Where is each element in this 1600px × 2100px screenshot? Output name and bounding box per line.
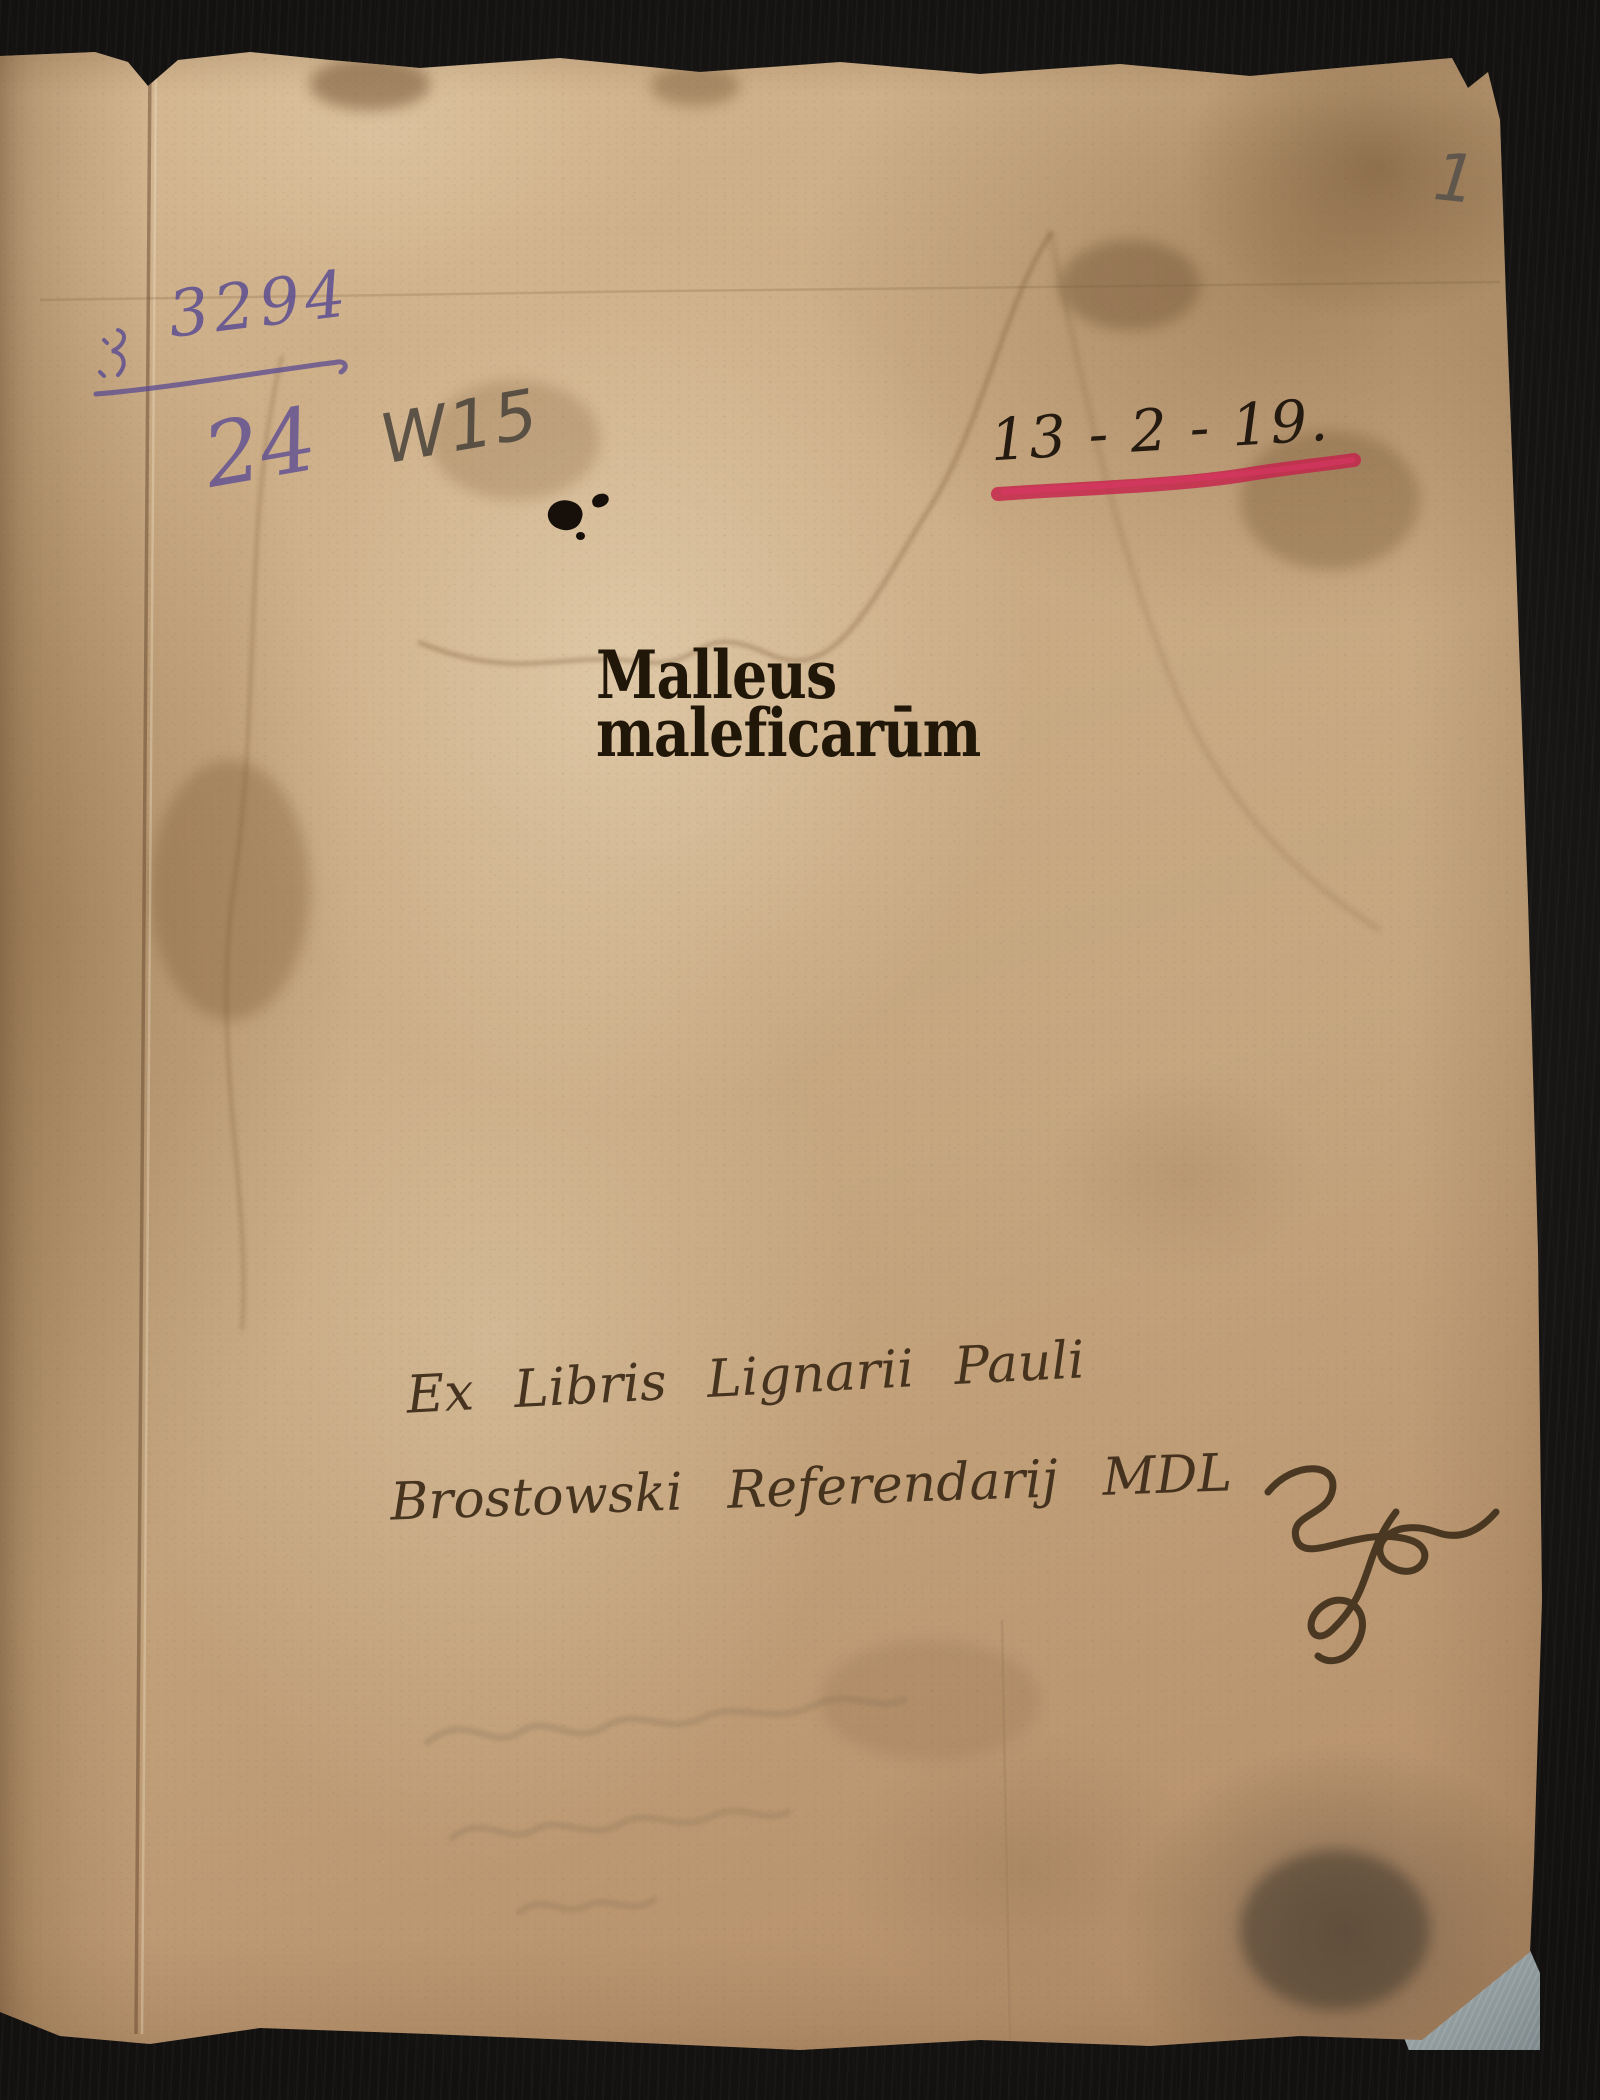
accession-number: 3294	[164, 257, 355, 353]
faint-offset-writing	[428, 1699, 904, 1912]
scanned-book-page-photo: 3294 24 W15 13 - 2 - 19. 1 Malleus malef…	[0, 0, 1600, 2100]
stain-blotch	[1240, 1850, 1430, 2010]
accession-underline	[96, 362, 345, 394]
stain-blotch	[820, 1640, 1040, 1760]
stain-blotch	[150, 760, 310, 1020]
secondary-number: 24	[196, 387, 324, 508]
printed-title: Malleus maleficarūm	[596, 646, 980, 762]
paraph-flourish	[1268, 1469, 1496, 1661]
fold-crease	[136, 62, 150, 2034]
stain-blotch	[1060, 240, 1200, 330]
ink-blot	[591, 492, 610, 508]
folio-number: 1	[1430, 138, 1480, 219]
stain-blotch	[650, 66, 740, 106]
printed-title-line2: maleficarūm	[596, 704, 980, 762]
tide-line	[1050, 232, 1380, 930]
ownership-inscription-line1: Ex Libris Lignarii Pauli	[405, 1330, 1086, 1425]
ink-blot	[544, 495, 586, 534]
ownership-inscription-line2: Brostowski Referendarij MDL	[389, 1443, 1233, 1532]
fold-crease-highlight	[142, 62, 156, 2034]
parchment-flyleaf: 3294 24 W15 13 - 2 - 19. 1 Malleus malef…	[0, 0, 1600, 2100]
ink-blot	[576, 532, 585, 540]
purple-scribble-mark	[100, 330, 124, 376]
